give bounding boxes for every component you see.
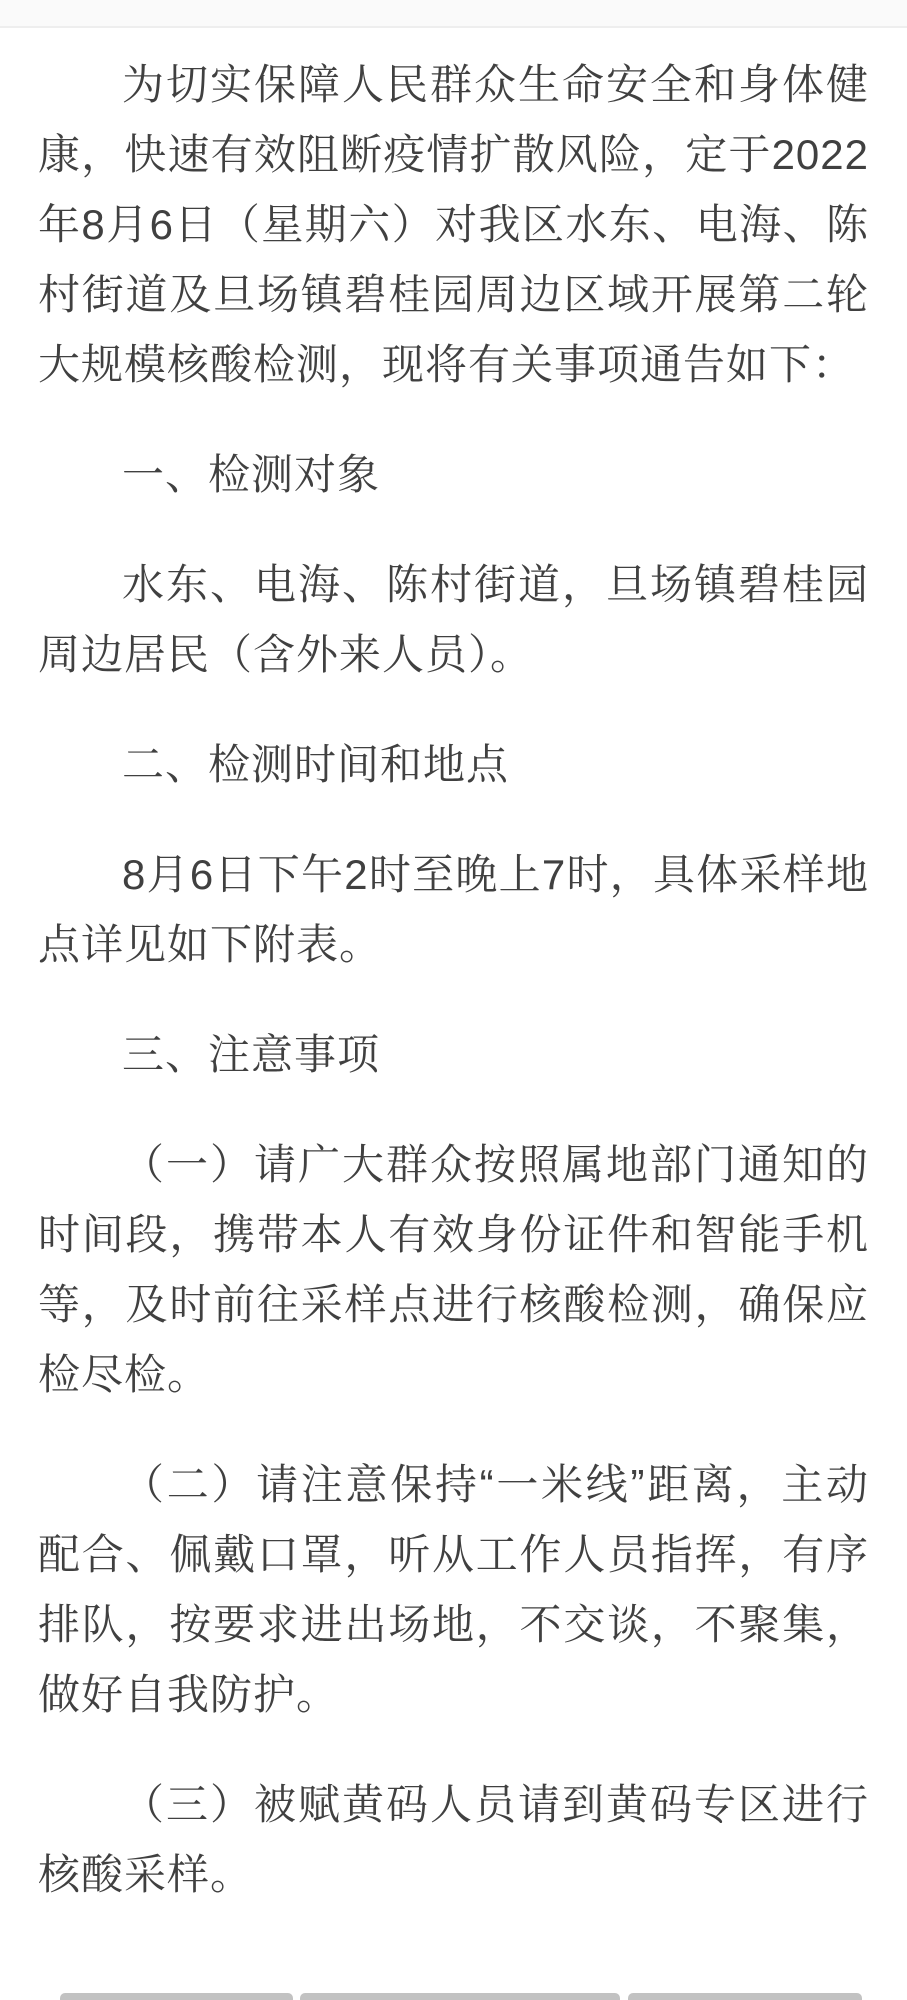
paragraph-precaution-2: （二）请注意保持“一米线”距离，主动配合、佩戴口罩，听从工作人员指挥，有序排队，… <box>38 1450 869 1730</box>
table-header-cell <box>300 1993 620 2000</box>
notice-intro-paragraph: 为切实保障人民群众生命安全和身体健康，快速有效阻断疫情扩散风险，定于2022年8… <box>38 50 869 400</box>
notice-page: { "page": { "type": "public-notice-artic… <box>0 0 907 2000</box>
table-header-cell <box>628 1993 862 2000</box>
paragraph-precaution-1: （一）请广大群众按照属地部门通知的时间段，携带本人有效身份证件和智能手机等，及时… <box>38 1130 869 1410</box>
paragraph-time-and-place: 8月6日下午2时至晚上7时，具体采样地点详见如下附表。 <box>38 840 869 980</box>
notice-article: 为切实保障人民群众生命安全和身体健康，快速有效阻断疫情扩散风险，定于2022年8… <box>0 28 907 1910</box>
section-heading-precautions: 三、注意事项 <box>38 1020 869 1090</box>
attached-table-top-edge <box>0 1993 907 2000</box>
paragraph-precaution-3: （三）被赋黄码人员请到黄码专区进行核酸采样。 <box>38 1770 869 1910</box>
page-top-divider <box>0 0 907 28</box>
section-heading-time-and-place: 二、检测时间和地点 <box>38 730 869 800</box>
table-header-cell <box>60 1993 293 2000</box>
section-heading-detection-target: 一、检测对象 <box>38 440 869 510</box>
paragraph-detection-target: 水东、电海、陈村街道，旦场镇碧桂园周边居民（含外来人员）。 <box>38 550 869 690</box>
